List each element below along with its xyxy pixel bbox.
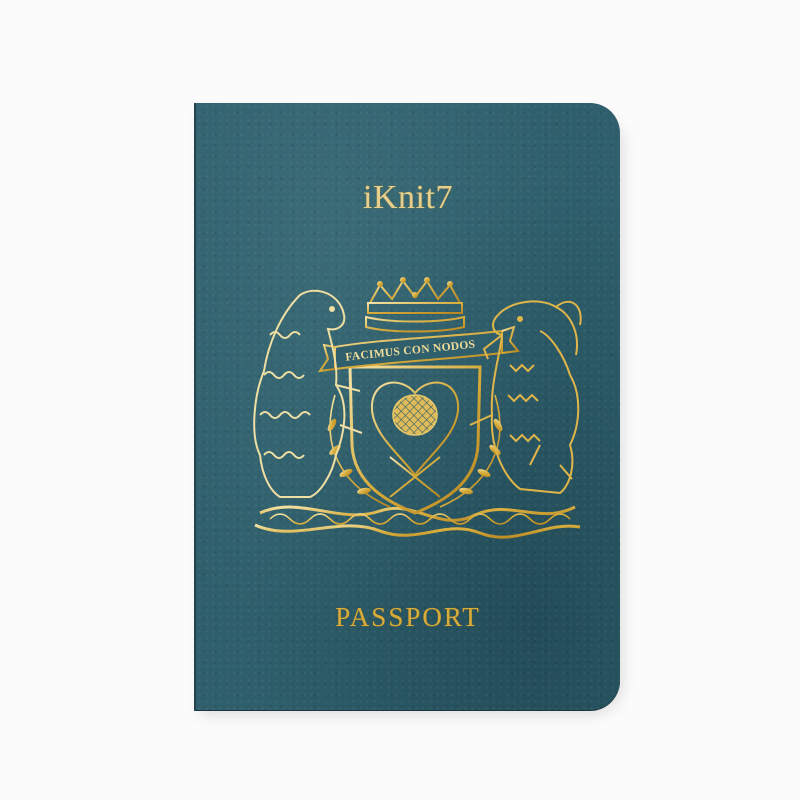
cover-title: iKnit7 <box>196 179 620 217</box>
motto-ribbon: FACIMUS CON NODOS <box>320 327 518 371</box>
yarn-heart-emblem <box>372 383 458 497</box>
crown-icon <box>366 277 464 332</box>
passport-label: PASSPORT <box>196 602 620 633</box>
yarn-ball-icon <box>393 395 437 435</box>
passport-cover: iKnit7 <box>194 103 620 711</box>
goat-icon <box>470 301 581 493</box>
coat-of-arms: FACIMUS CON NODOS <box>240 275 590 550</box>
sheep-icon <box>254 291 362 497</box>
